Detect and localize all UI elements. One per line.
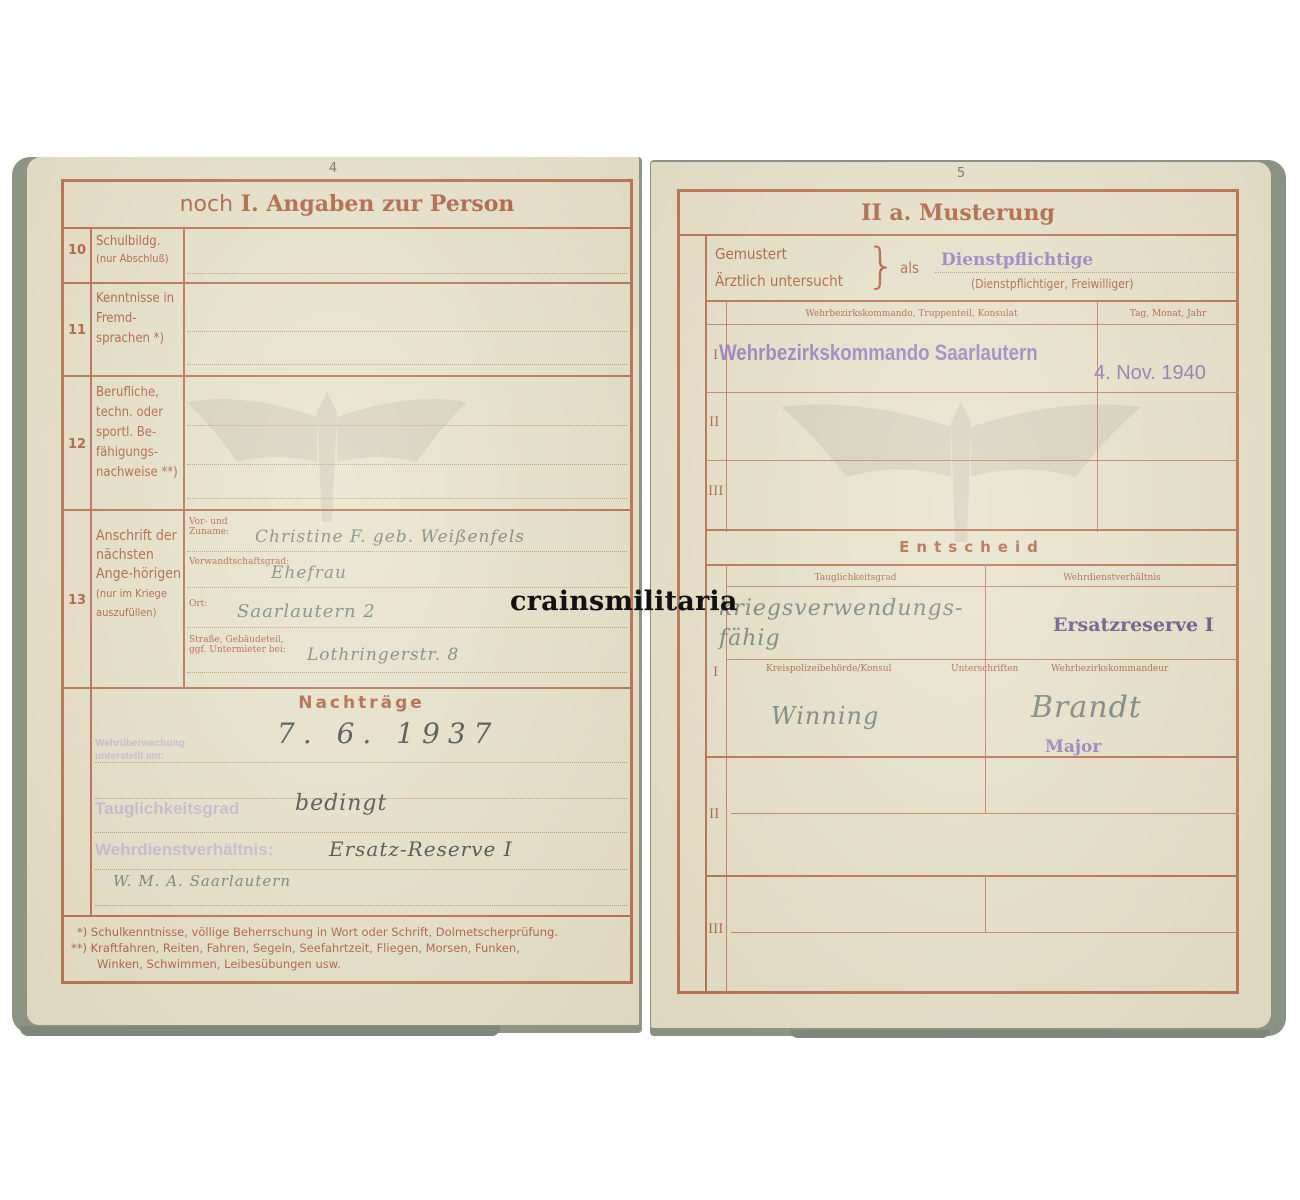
row-number: 10 xyxy=(64,243,90,258)
col-header-unterschriften: Unterschriften xyxy=(951,664,1018,674)
page-number: 4 xyxy=(27,161,639,176)
field-line[interactable] xyxy=(187,464,627,465)
section-title: noch I. Angaben zur Person xyxy=(61,191,633,217)
entscheid-heading: Entscheid xyxy=(705,538,1239,556)
stamp-wehrdienstverhaeltnis: Wehrdienstverhältnis: xyxy=(95,840,273,860)
row-number: 13 xyxy=(64,593,90,608)
field-line[interactable] xyxy=(187,331,627,332)
row-roman: III xyxy=(708,484,723,499)
nachtraege-extra[interactable]: W. M. A. Saarlautern xyxy=(113,872,291,890)
row-label: Kenntnisse in Fremd-sprachen *) xyxy=(96,289,182,349)
street-value[interactable]: Lothringerstr. 8 xyxy=(307,645,459,665)
stamp-dienstpflichtige[interactable]: Dienstpflichtige xyxy=(941,250,1093,270)
col-header-polizei: Kreispolizeibehörde/Konsul xyxy=(766,664,891,674)
stamp-ersatzreserve[interactable]: Ersatzreserve I xyxy=(1053,614,1214,636)
field-label: Verwandtschaftsgrad: xyxy=(189,557,251,567)
col-header-kommandeur: Wehrbezirkskommandeur xyxy=(1051,664,1168,674)
tauglichkeit-entscheid[interactable]: kriegsverwendungs-fähig xyxy=(719,594,999,654)
field-line[interactable] xyxy=(187,273,627,274)
als-options: (Dienstpflichtiger, Freiwilliger) xyxy=(971,276,1133,293)
page-5: 5 II a. Musterung Gemustert Ärztlich unt… xyxy=(651,162,1271,1028)
cover-edge xyxy=(790,1030,1270,1038)
gemustert-label: Gemustert xyxy=(715,246,787,263)
col-header-datum: Tag, Monat, Jahr xyxy=(1097,309,1239,319)
tauglichkeit-value[interactable]: bedingt xyxy=(295,791,387,816)
row-number: 12 xyxy=(64,437,90,452)
stamp-tauglichkeitsgrad: Tauglichkeitsgrad xyxy=(95,799,239,819)
row-roman: II xyxy=(709,807,719,822)
signature-kommandeur[interactable]: Brandt xyxy=(1031,690,1142,725)
field-label: Vor- und Zuname: xyxy=(189,517,239,537)
row-number: 11 xyxy=(64,323,90,338)
next-of-kin-name[interactable]: Christine F. geb. Weißenfels xyxy=(255,527,525,547)
field-line[interactable] xyxy=(187,364,627,365)
nachtraege-date[interactable]: 7. 6. 1937 xyxy=(277,717,500,750)
row-label: Anschrift der nächsten Ange-hörigen (nur… xyxy=(96,527,184,622)
stamp-date[interactable]: 4. Nov. 1940 xyxy=(1094,362,1206,385)
field-label: Ort: xyxy=(189,599,207,609)
row-label: Berufliche, techn. oder sportl. Be-fähig… xyxy=(96,383,182,483)
col-header-wehrdienst: Wehrdienstverhältnis xyxy=(985,573,1239,583)
row-roman: III xyxy=(708,922,723,937)
col-header-tauglichkeit: Tauglichkeitsgrad xyxy=(726,573,985,583)
nachtraege-heading: Nachträge xyxy=(90,693,633,713)
town-value[interactable]: Saarlautern 2 xyxy=(237,601,376,622)
wehrdienst-value[interactable]: Ersatz-Reserve I xyxy=(329,837,513,861)
stamp-major: Major xyxy=(1045,737,1101,757)
relationship-value[interactable]: Ehefrau xyxy=(271,563,347,583)
brace-icon: } xyxy=(866,242,897,290)
stamp-wehrbezirkskommando[interactable]: Wehrbezirkskommando Saarlautern xyxy=(719,340,1038,366)
stamp-wehrueberwachung: Wehrüberwachung unterstellt am: xyxy=(95,737,185,763)
row-roman: II xyxy=(709,415,719,430)
als-label: als xyxy=(900,260,919,277)
field-line[interactable] xyxy=(187,498,627,499)
cover-edge xyxy=(20,1026,500,1036)
footnote-2: **) Kraftfahren, Reiten, Fahren, Segeln,… xyxy=(71,941,520,956)
footnote-1: *) Schulkenntnisse, völlige Beherrschung… xyxy=(77,925,558,940)
page-number: 5 xyxy=(651,166,1271,181)
signature-polizei[interactable]: Winning xyxy=(771,702,879,730)
col-header-kommando: Wehrbezirkskommando, Truppenteil, Konsul… xyxy=(726,309,1097,319)
section-title: II a. Musterung xyxy=(677,200,1239,226)
footnote-3: Winken, Schwimmen, Leibesübungen usw. xyxy=(97,957,341,972)
row-roman: I xyxy=(713,665,718,680)
field-line[interactable] xyxy=(187,425,627,426)
row-label: Schulbildg. (nur Abschluß) xyxy=(96,233,169,267)
watermark-text: crainsmilitaria xyxy=(510,586,738,617)
row-roman: I xyxy=(713,348,718,363)
untersucht-label: Ärztlich untersucht xyxy=(715,273,843,290)
field-label: Straße, Gebäudeteil, ggf. Untermieter be… xyxy=(189,635,301,655)
